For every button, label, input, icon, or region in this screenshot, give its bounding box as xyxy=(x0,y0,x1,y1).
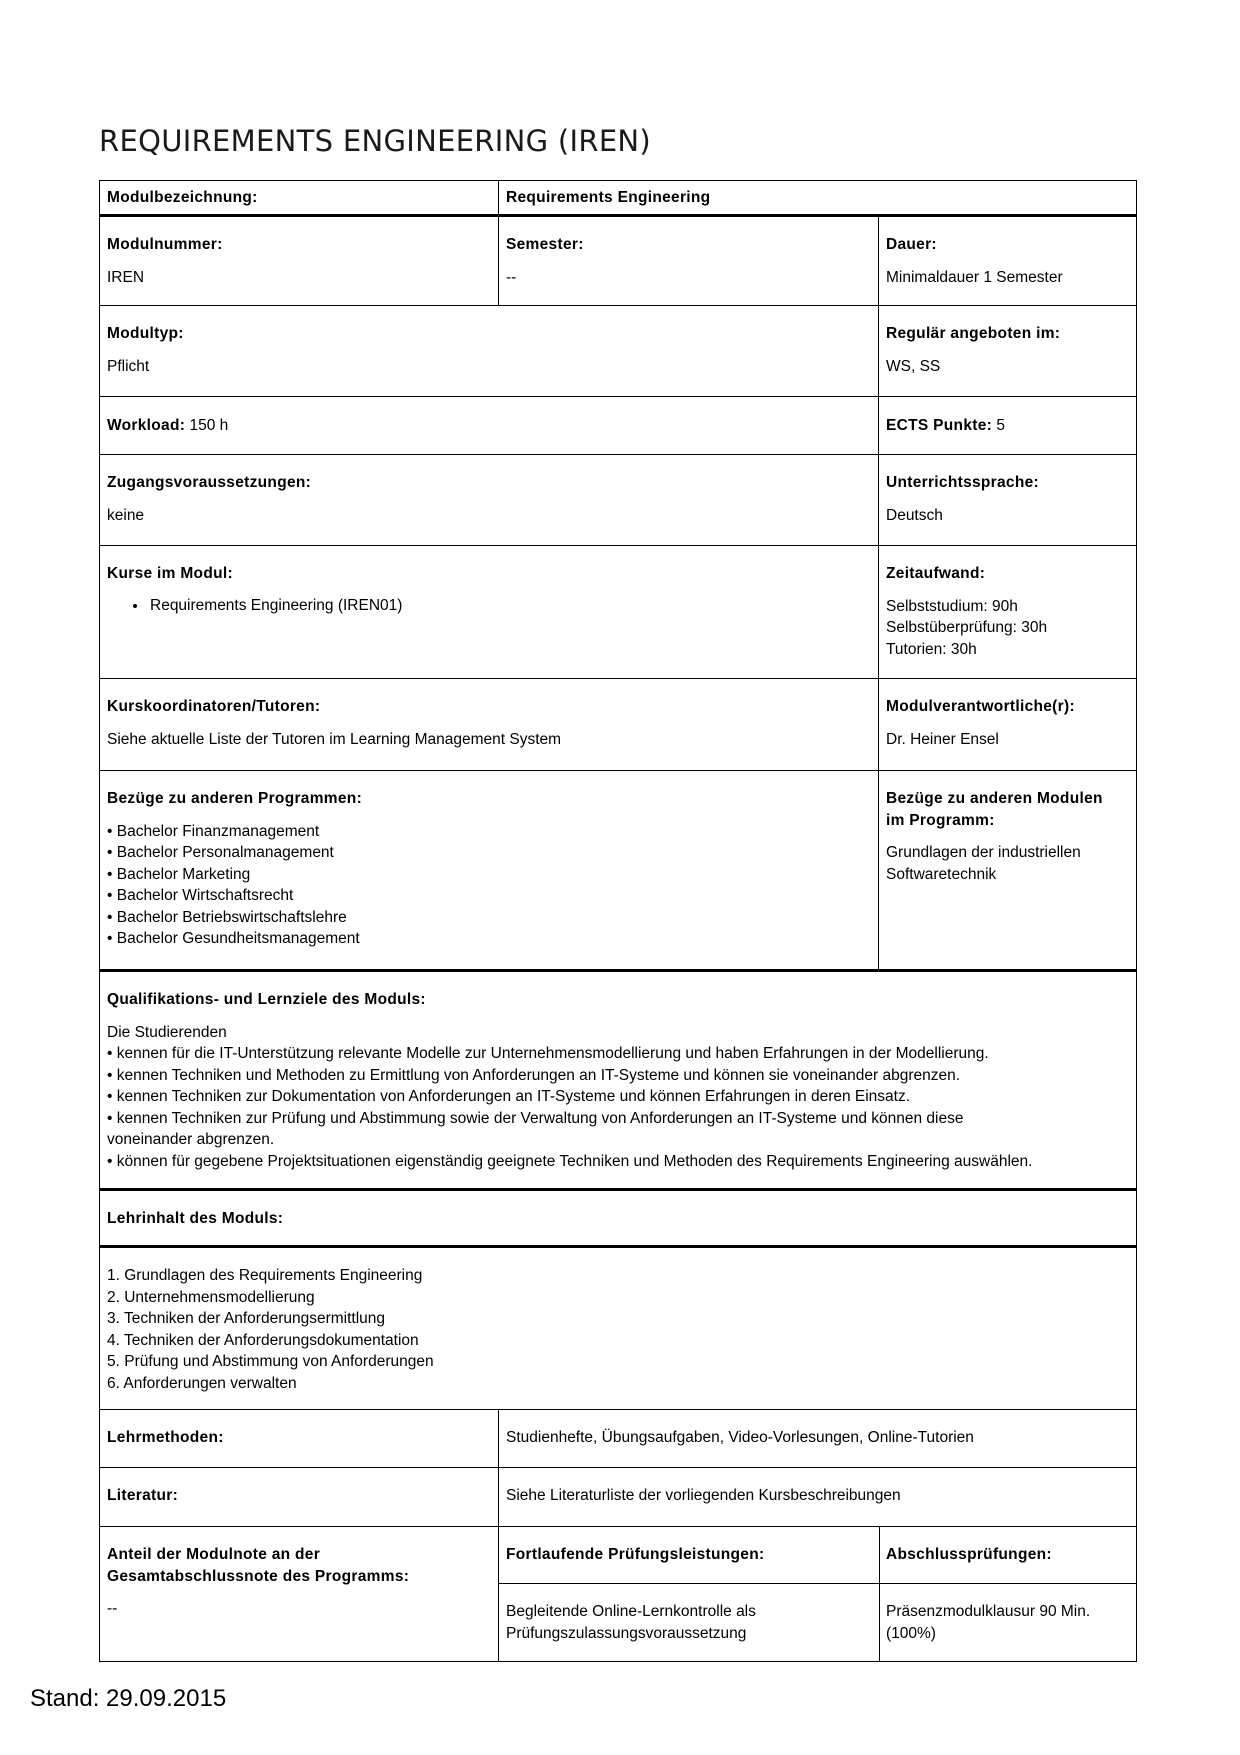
list-item: 2. Unternehmensmodellierung xyxy=(107,1287,1129,1309)
anteil-value: -- xyxy=(107,1598,491,1620)
list-item: 4. Techniken der Anforderungsdokumentati… xyxy=(107,1330,1129,1352)
modulnummer-value: IREN xyxy=(107,267,491,289)
list-item: • Bachelor Wirtschaftsrecht xyxy=(107,885,871,907)
programme-label: Bezüge zu anderen Programmen: xyxy=(107,788,871,810)
row-lehrmethoden: Lehrmethoden: Studienhefte, Übungsaufgab… xyxy=(99,1409,1137,1467)
literatur-label: Literatur: xyxy=(107,1485,491,1507)
lernziele-lines: Die Studierenden • kennen für die IT-Unt… xyxy=(107,1022,1129,1173)
page-title: REQUIREMENTS ENGINEERING (IREN) xyxy=(99,124,651,158)
list-item: • Bachelor Personalmanagement xyxy=(107,842,871,864)
row-modulnummer: Modulnummer: IREN Semester: -- Dauer: Mi… xyxy=(99,214,1137,305)
modulbezeichnung-value: Requirements Engineering xyxy=(506,189,710,206)
lehrmethoden-label: Lehrmethoden: xyxy=(107,1427,491,1449)
zugang-label: Zugangsvoraussetzungen: xyxy=(107,472,871,494)
module-label-2: im Programm: xyxy=(886,810,1129,832)
kurse-list: Requirements Engineering (IREN01) xyxy=(107,595,871,617)
row-literatur: Literatur: Siehe Literaturliste der vorl… xyxy=(99,1467,1137,1526)
zeitaufwand-lines: Selbststudium: 90h Selbstüberprüfung: 30… xyxy=(886,596,1129,661)
modultyp-label: Modultyp: xyxy=(107,323,871,345)
verantwortlich-label: Modulverantwortliche(r): xyxy=(886,696,1129,718)
module-table: Modulbezeichnung: Requirements Engineeri… xyxy=(99,180,1137,1662)
semester-label: Semester: xyxy=(506,234,871,256)
list-item: Requirements Engineering (IREN01) xyxy=(148,595,871,617)
list-item: • Bachelor Gesundheitsmanagement xyxy=(107,928,871,950)
workload-label: Workload: xyxy=(107,417,185,434)
ects-label: ECTS Punkte: xyxy=(886,417,992,434)
list-item: • Bachelor Marketing xyxy=(107,864,871,886)
semester-value: -- xyxy=(506,267,871,289)
fortlaufend-label: Fortlaufende Prüfungsleistungen: xyxy=(506,1544,764,1566)
row-koordinatoren: Kurskoordinatoren/Tutoren: Siehe aktuell… xyxy=(99,678,1137,770)
row-bezuege: Bezüge zu anderen Programmen: • Bachelor… xyxy=(99,770,1137,969)
modulnummer-label: Modulnummer: xyxy=(107,234,491,256)
kurse-label: Kurse im Modul: xyxy=(107,563,871,585)
list-item: • Bachelor Finanzmanagement xyxy=(107,821,871,843)
module-lines: Grundlagen der industriellen Softwaretec… xyxy=(886,842,1129,885)
lehrinhalt-label: Lehrinhalt des Moduls: xyxy=(107,1208,1129,1230)
koordinatoren-label: Kurskoordinatoren/Tutoren: xyxy=(107,696,871,718)
row-zugang: Zugangsvoraussetzungen: keine Unterricht… xyxy=(99,454,1137,545)
angeboten-value: WS, SS xyxy=(886,356,1129,378)
abschluss-label: Abschlussprüfungen: xyxy=(886,1544,1052,1566)
ects-value: 5 xyxy=(992,417,1005,434)
modulbezeichnung-label: Modulbezeichnung: xyxy=(107,189,258,206)
stand-date: Stand: 29.09.2015 xyxy=(30,1685,226,1713)
anteil-label-1: Anteil der Modulnote an der xyxy=(107,1544,491,1566)
row-modulbezeichnung: Modulbezeichnung: Requirements Engineeri… xyxy=(99,180,1137,214)
sprache-label: Unterrichtssprache: xyxy=(886,472,1129,494)
list-item: 3. Techniken der Anforderungsermittlung xyxy=(107,1308,1129,1330)
lernziele-label: Qualifikations- und Lernziele des Moduls… xyxy=(107,989,1129,1011)
zugang-value: keine xyxy=(107,505,871,527)
lehrmethoden-value: Studienhefte, Übungsaufgaben, Video-Vorl… xyxy=(506,1427,1129,1449)
list-item: 1. Grundlagen des Requirements Engineeri… xyxy=(107,1265,1129,1287)
dauer-label: Dauer: xyxy=(886,234,1129,256)
abschluss-lines: Präsenzmodulklausur 90 Min. (100%) xyxy=(886,1601,1090,1644)
dauer-value: Minimaldauer 1 Semester xyxy=(886,267,1129,289)
module-label-1: Bezüge zu anderen Modulen xyxy=(886,788,1129,810)
row-lehrinhalt: 1. Grundlagen des Requirements Engineeri… xyxy=(99,1245,1137,1409)
programme-list: • Bachelor Finanzmanagement • Bachelor P… xyxy=(107,821,871,950)
koordinatoren-value: Siehe aktuelle Liste der Tutoren im Lear… xyxy=(107,729,871,751)
angeboten-label: Regulär angeboten im: xyxy=(886,323,1129,345)
list-item: 5. Prüfung und Abstimmung von Anforderun… xyxy=(107,1351,1129,1373)
list-item: 6. Anforderungen verwalten xyxy=(107,1373,1129,1395)
literatur-value: Siehe Literaturliste der vorliegenden Ku… xyxy=(506,1485,1129,1507)
verantwortlich-value: Dr. Heiner Ensel xyxy=(886,729,1129,751)
row-workload: Workload: 150 h ECTS Punkte: 5 xyxy=(99,396,1137,454)
row-kurse: Kurse im Modul: Requirements Engineering… xyxy=(99,545,1137,678)
row-pruefung: Anteil der Modulnote an der Gesamtabschl… xyxy=(99,1526,1137,1662)
anteil-label-2: Gesamtabschlussnote des Programms: xyxy=(107,1566,491,1588)
sprache-value: Deutsch xyxy=(886,505,1129,527)
modultyp-value: Pflicht xyxy=(107,356,871,378)
row-lehrinhalt-header: Lehrinhalt des Moduls: xyxy=(99,1188,1137,1245)
row-lernziele: Qualifikations- und Lernziele des Moduls… xyxy=(99,969,1137,1188)
lehrinhalt-list: 1. Grundlagen des Requirements Engineeri… xyxy=(107,1265,1129,1394)
fortlaufend-lines: Begleitende Online-Lernkontrolle als Prü… xyxy=(506,1601,756,1644)
zeitaufwand-label: Zeitaufwand: xyxy=(886,563,1129,585)
row-modultyp: Modultyp: Pflicht Regulär angeboten im: … xyxy=(99,305,1137,396)
list-item: • Bachelor Betriebswirtschaftslehre xyxy=(107,907,871,929)
workload-value: 150 h xyxy=(185,417,228,434)
